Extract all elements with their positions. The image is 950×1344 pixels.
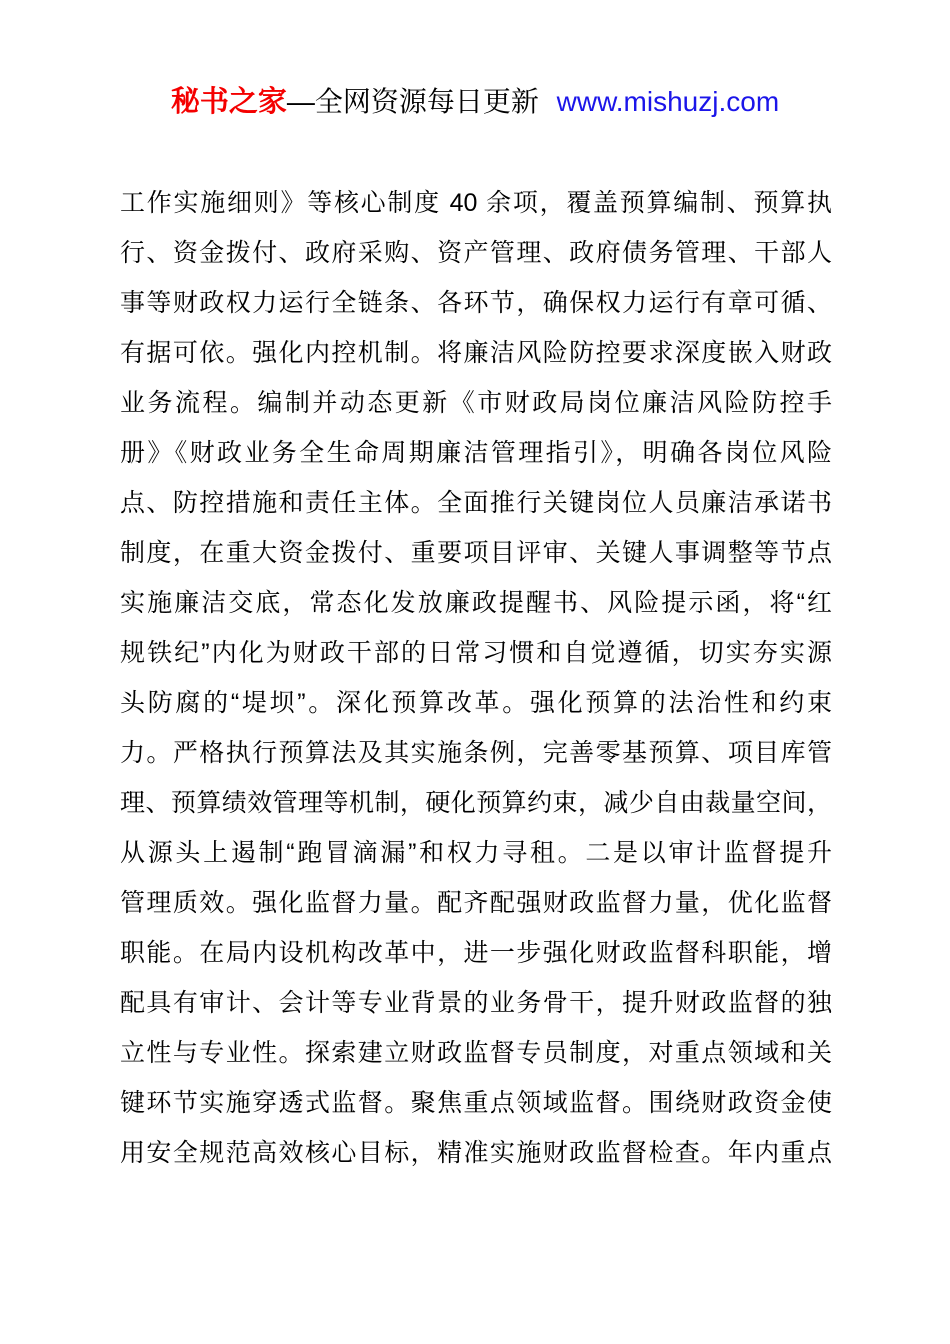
page-header: 秘书之家—全网资源每日更新 www.mishuzj.com [0, 84, 950, 120]
text-line: 规铁纪”内化为财政干部的日常习惯和自觉遵循，切实夯实源 [120, 628, 832, 678]
text-line: 职能。在局内设机构改革中，进一步强化财政监督科职能，增 [120, 928, 832, 978]
text-line: 工作实施细则》等核心制度 40 余项，覆盖预算编制、预算执 [120, 178, 832, 228]
text-line: 从源头上遏制“跑冒滴漏”和权力寻租。二是以审计监督提升 [120, 828, 832, 878]
header-tagline: —全网资源每日更新 [287, 86, 539, 117]
text-line: 用安全规范高效核心目标，精准实施财政监督检查。年内重点 [120, 1128, 832, 1178]
text-line: 配具有审计、会计等专业背景的业务骨干，提升财政监督的独 [120, 978, 832, 1028]
text-line: 力。严格执行预算法及其实施条例，完善零基预算、项目库管 [120, 728, 832, 778]
text-line: 行、资金拨付、政府采购、资产管理、政府债务管理、干部人 [120, 228, 832, 278]
text-line: 册》《财政业务全生命周期廉洁管理指引》，明确各岗位风险 [120, 428, 832, 478]
document-body-text: 工作实施细则》等核心制度 40 余项，覆盖预算编制、预算执行、资金拨付、政府采购… [120, 178, 832, 1178]
text-line: 实施廉洁交底，常态化发放廉政提醒书、风险提示函，将“红 [120, 578, 832, 628]
text-line: 点、防控措施和责任主体。全面推行关键岗位人员廉洁承诺书 [120, 478, 832, 528]
document-page: 秘书之家—全网资源每日更新 www.mishuzj.com 工作实施细则》等核心… [0, 0, 950, 1344]
site-url-link[interactable]: www.mishuzj.com [557, 86, 779, 117]
text-line: 有据可依。强化内控机制。将廉洁风险防控要求深度嵌入财政 [120, 328, 832, 378]
text-line: 键环节实施穿透式监督。聚焦重点领域监督。围绕财政资金使 [120, 1078, 832, 1128]
text-line: 制度，在重大资金拨付、重要项目评审、关键人事调整等节点 [120, 528, 832, 578]
site-brand: 秘书之家 [171, 86, 287, 118]
text-line: 理、预算绩效管理等机制，硬化预算约束，减少自由裁量空间， [120, 778, 832, 828]
text-line: 业务流程。编制并动态更新《市财政局岗位廉洁风险防控手 [120, 378, 832, 428]
text-line: 立性与专业性。探索建立财政监督专员制度，对重点领域和关 [120, 1028, 832, 1078]
text-line: 管理质效。强化监督力量。配齐配强财政监督力量，优化监督 [120, 878, 832, 928]
text-line: 头防腐的“堤坝”。深化预算改革。强化预算的法治性和约束 [120, 678, 832, 728]
text-line: 事等财政权力运行全链条、各环节，确保权力运行有章可循、 [120, 278, 832, 328]
